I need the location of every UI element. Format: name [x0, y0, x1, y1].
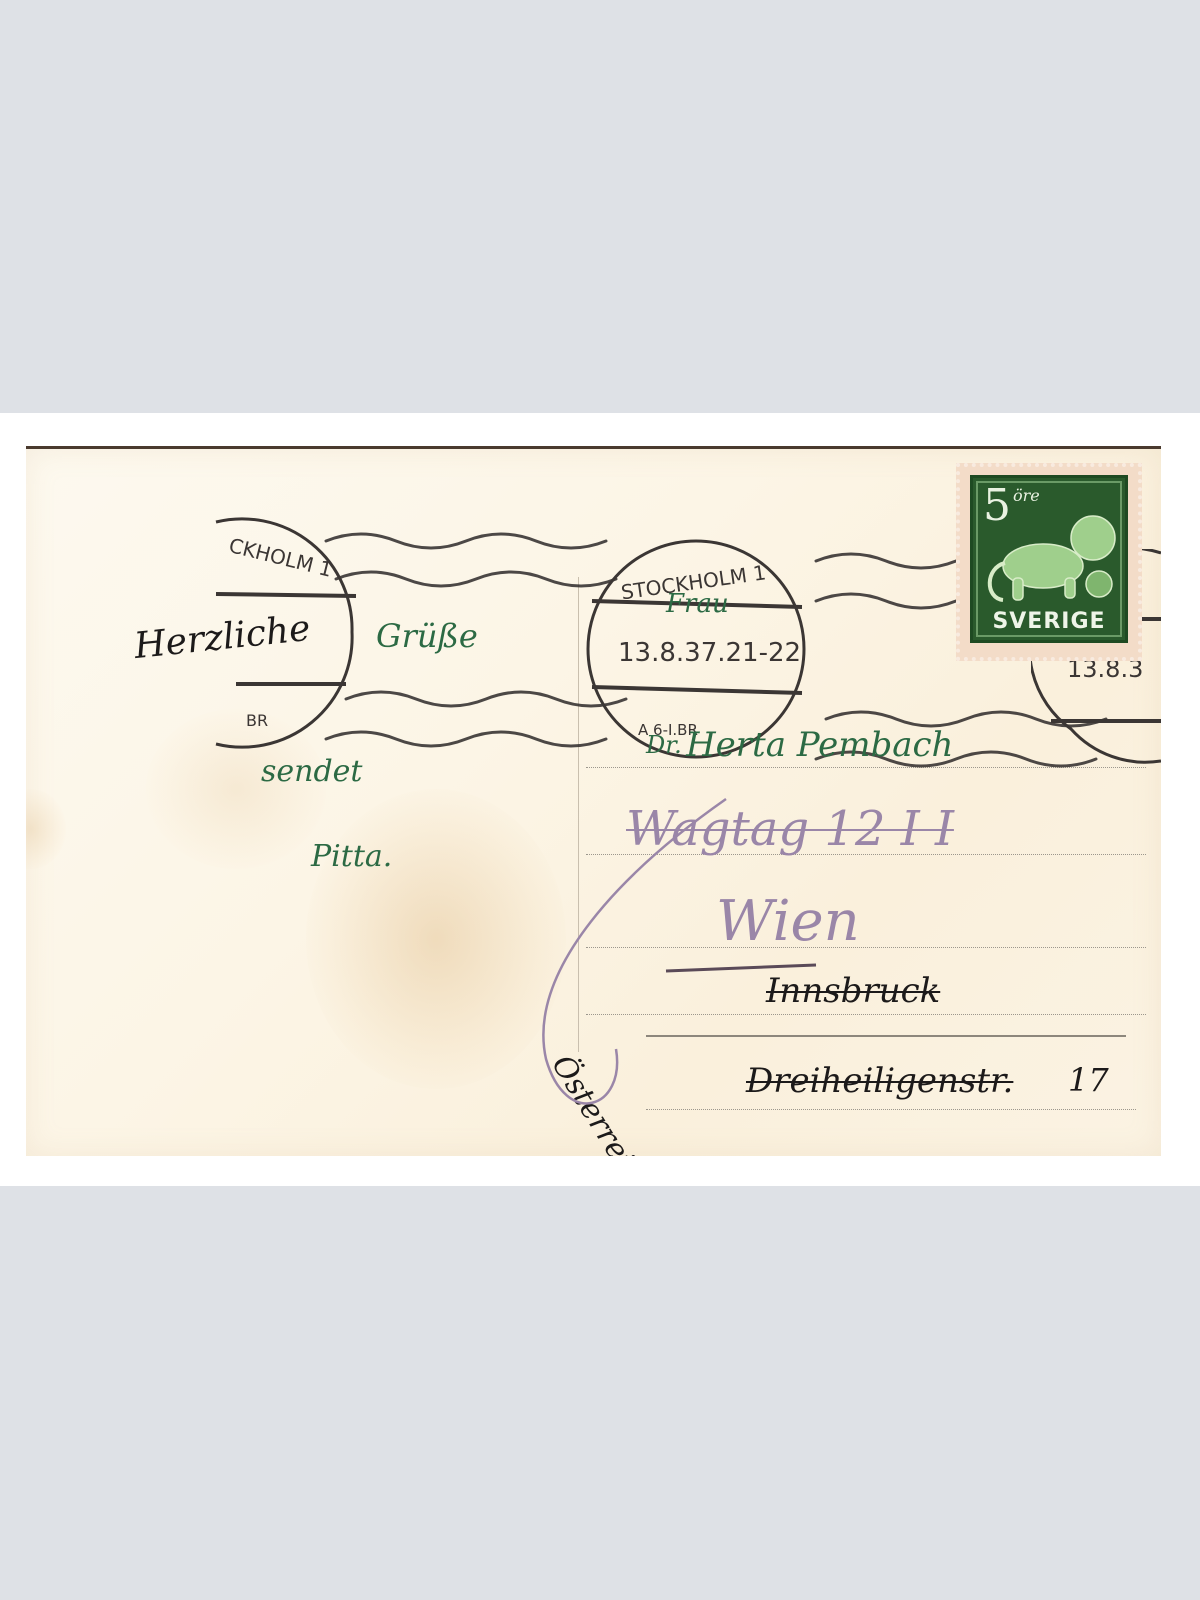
message-signature: Pitta.: [311, 839, 392, 874]
address-street-new: Wagtag 12 I I: [626, 801, 954, 857]
lion-icon: [985, 508, 1125, 608]
svg-text:CKHOLM 1: CKHOLM 1: [227, 533, 335, 582]
address-line: [646, 1109, 1136, 1110]
address-city-old: Innsbruck: [766, 971, 940, 1011]
stamp-country: SVERIGE: [973, 609, 1125, 634]
svg-text:13.8.37.21-22: 13.8.37.21-22: [618, 638, 801, 668]
postage-stamp: 5 öre SVERIGE: [956, 463, 1142, 661]
stamp-face: 5 öre SVERIGE: [970, 475, 1128, 643]
age-stain: [26, 789, 66, 869]
address-title: Dr.: [646, 731, 682, 759]
address-street-old: Dreiheiligenstr.: [746, 1061, 1013, 1101]
postcard-back: CKHOLM 1 BR STOCKHOLM 1 13.8.37.21-22 A …: [26, 446, 1161, 1156]
address-city-new: Wien: [716, 889, 860, 954]
svg-text:BR: BR: [246, 711, 268, 730]
age-stain: [306, 789, 566, 1089]
photo-frame: CKHOLM 1 BR STOCKHOLM 1 13.8.37.21-22 A …: [0, 413, 1200, 1186]
address-line: [586, 947, 1146, 948]
address-line: [586, 1014, 1146, 1015]
message-line-3: sendet: [261, 754, 362, 789]
address-name: Herta Pembach: [686, 725, 953, 765]
address-house-number: 17: [1068, 1061, 1109, 1099]
address-salutation: Frau: [666, 589, 729, 619]
address-country: Österreich: [544, 1049, 660, 1156]
stamp-unit: öre: [1013, 486, 1040, 505]
address-line: [646, 1035, 1126, 1037]
message-greeting-2: Grüße: [376, 617, 478, 655]
